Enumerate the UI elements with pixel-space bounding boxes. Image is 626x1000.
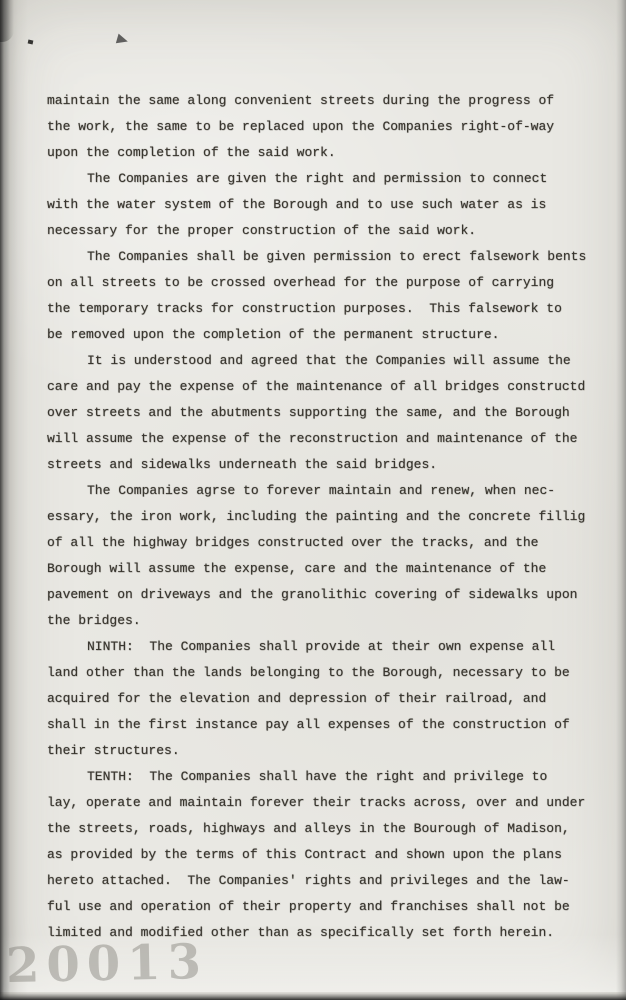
text-line: the work, the same to be replaced upon t… — [47, 114, 603, 140]
document-body: maintain the same along convenient stree… — [47, 88, 603, 946]
text-line: The Companies are given the right and pe… — [47, 166, 603, 192]
arrow-right-icon — [116, 34, 129, 47]
scan-edge-right — [616, 0, 626, 1000]
text-line: NINTH: The Companies shall provide at th… — [47, 634, 603, 660]
text-line: essary, the iron work, including the pai… — [47, 504, 603, 530]
text-line: TENTH: The Companies shall have the righ… — [47, 764, 603, 790]
text-line: pavement on driveways and the granolithi… — [47, 582, 603, 608]
text-line: with the water system of the Borough and… — [47, 192, 603, 218]
scan-corner-smudge — [0, 0, 14, 42]
text-line: on all streets to be crossed overhead fo… — [47, 270, 603, 296]
text-line: the bridges. — [47, 608, 603, 634]
text-line: The Companies shall be given permission … — [47, 244, 603, 270]
text-line: as provided by the terms of this Contrac… — [47, 842, 603, 868]
text-line: the temporary tracks for construction pu… — [47, 296, 603, 322]
text-line: upon the completion of the said work. — [47, 140, 603, 166]
text-line: will assume the expense of the reconstru… — [47, 426, 603, 452]
text-line: shall in the first instance pay all expe… — [47, 712, 603, 738]
text-line: maintain the same along convenient stree… — [47, 88, 603, 114]
text-line: be removed upon the completion of the pe… — [47, 322, 603, 348]
text-line: necessary for the proper construction of… — [47, 218, 603, 244]
text-line: the streets, roads, highways and alleys … — [47, 816, 603, 842]
text-line: acquired for the elevation and depressio… — [47, 686, 603, 712]
text-line: hereto attached. The Companies' rights a… — [47, 868, 603, 894]
scan-edge-left — [0, 0, 28, 1000]
text-line: streets and sidewalks underneath the sai… — [47, 452, 603, 478]
text-line: It is understood and agreed that the Com… — [47, 348, 603, 374]
text-line: care and pay the expense of the maintena… — [47, 374, 603, 400]
text-line: Borough will assume the expense, care an… — [47, 556, 603, 582]
scan-edge-bottom — [0, 993, 626, 1000]
text-line: over streets and the abutments supportin… — [47, 400, 603, 426]
scanned-document-page: maintain the same along convenient stree… — [0, 0, 626, 1000]
text-line: land other than the lands belonging to t… — [47, 660, 603, 686]
ink-dot — [28, 40, 34, 45]
text-line: their structures. — [47, 738, 603, 764]
text-line: of all the highway bridges constructed o… — [47, 530, 603, 556]
text-line: lay, operate and maintain forever their … — [47, 790, 603, 816]
text-line: ful use and operation of their property … — [47, 894, 603, 920]
stamp-number: 20013 — [5, 934, 208, 994]
text-line: The Companies agrse to forever maintain … — [47, 478, 603, 504]
